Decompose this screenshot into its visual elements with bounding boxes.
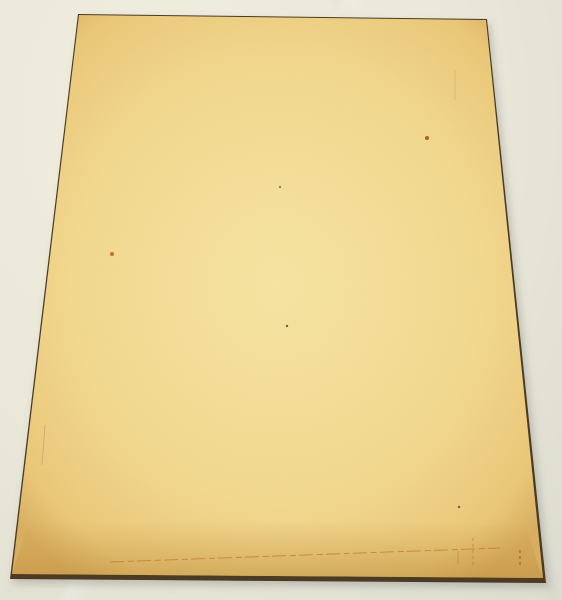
speck — [458, 506, 460, 508]
stain-spot — [110, 252, 114, 256]
speck — [279, 186, 281, 188]
stain-spot — [425, 136, 429, 140]
photo-scene — [0, 0, 562, 600]
speck — [286, 325, 288, 327]
